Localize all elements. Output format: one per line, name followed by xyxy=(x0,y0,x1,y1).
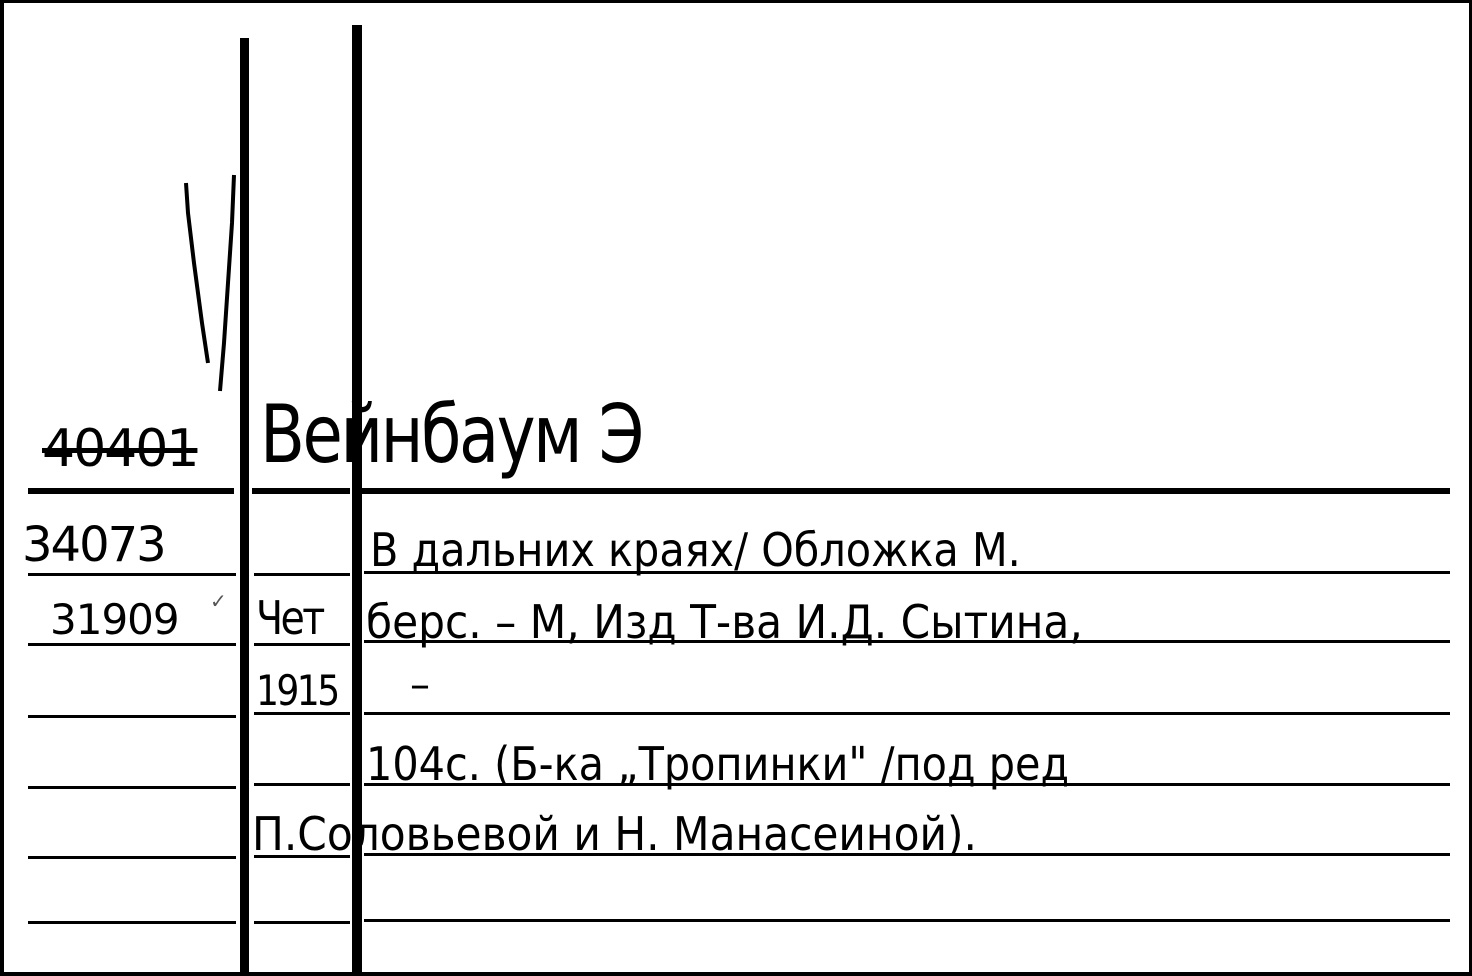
catalog-card: 40401 Вейнбаум Э 34073 31909 Чет 1915 В … xyxy=(0,0,1472,976)
row-rule xyxy=(364,919,1450,922)
author-heading: Вейнбаум Э xyxy=(260,395,642,475)
author-mark: Чет xyxy=(256,595,323,641)
header-rule-mid xyxy=(252,488,350,494)
row-rule xyxy=(254,573,350,576)
small-check-icon: ✓ xyxy=(210,591,227,611)
header-rule-left xyxy=(28,488,234,494)
row-rule xyxy=(254,921,350,924)
row-rule xyxy=(28,715,236,718)
call-number-1: 34073 xyxy=(22,521,165,569)
old-call-number: 40401 xyxy=(42,423,197,475)
check-mark-icon xyxy=(180,173,240,393)
row-rule xyxy=(254,783,350,786)
row-rule xyxy=(364,712,1450,715)
description-line-3: – xyxy=(410,665,430,705)
call-number-2: 31909 xyxy=(50,599,179,641)
publication-year: 1915 xyxy=(256,670,338,712)
description-line-1: В дальних краях/ Обложка М. xyxy=(370,527,1021,573)
row-rule xyxy=(28,786,236,789)
row-rule xyxy=(28,856,236,859)
description-line-2: берс. – М, Изд Т-ва И.Д. Сытина, xyxy=(366,599,1083,645)
header-rule-right xyxy=(362,488,1450,494)
description-line-4: 104с. (Б-ка „Тропинки" /под ред xyxy=(366,741,1069,787)
column-rule-left xyxy=(240,38,249,976)
description-line-5: П.Соловьевой и Н. Манасеиной). xyxy=(252,811,977,857)
row-rule xyxy=(28,921,236,924)
row-rule xyxy=(28,573,236,576)
